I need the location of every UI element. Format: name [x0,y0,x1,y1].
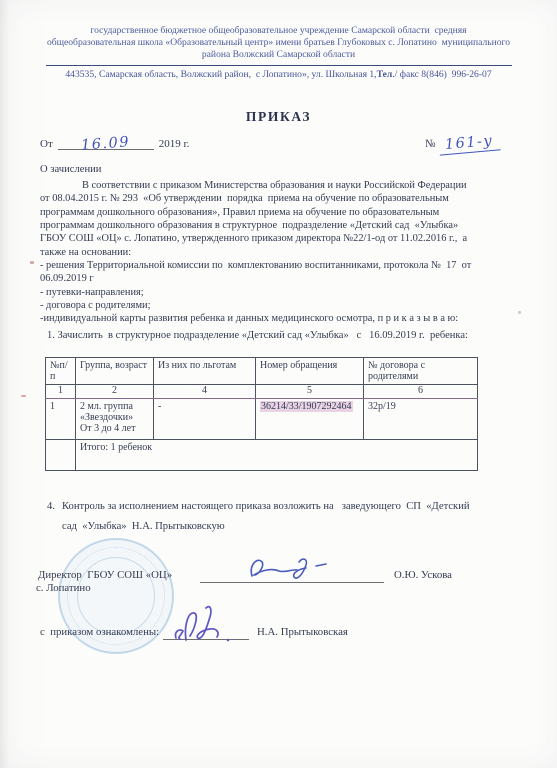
table-row: 1 2 мл. группа «Звездочки» От 3 до 4 лет… [46,399,478,440]
director-title-label: Директор ГБОУ СОШ «ОЦ» [38,569,172,581]
table-header-cell: Номер обращения [256,358,364,385]
subject-line: О зачислении [40,164,101,175]
enrollment-table: №п/п Группа, возраст Из них по льготам Н… [45,357,478,471]
order-number-value-handwritten: 161-у [438,132,500,155]
order-number-field: №161-у [425,135,499,153]
doc-title: ПРИКАЗ [0,109,557,125]
letterhead-line: района Волжский Самарской области [28,49,529,61]
letterhead: государственное бюджетное общеобразовате… [28,25,529,61]
basis-list: - решения Территориальной комиссии по ко… [40,259,530,326]
letterhead-divider-rule [46,65,512,66]
intro-line: от 08.04.2015 г. № 293 «Об утверждении п… [40,192,530,205]
date-underline: 16.09 [58,135,154,150]
date-year: 2019 г. [159,138,190,150]
acknowledgment-label: с приказом ознакомлены: [40,626,159,638]
column-number-cell: 4 [154,385,256,399]
scan-speck [518,311,521,314]
table-header-row: №п/п Группа, возраст Из них по льготам Н… [46,358,478,385]
acknowledgment-signature-ink [168,602,246,646]
date-label: От [40,138,53,150]
column-number-row: 1 2 4 5 6 [46,385,478,399]
intro-line: программам дошкольного образования в стр… [40,219,530,232]
contract-number-cell: 32р/19 [364,399,478,440]
item-4-number: 4. [47,497,55,517]
order-meta-row: От16.092019 г. №161-у [40,135,517,161]
order-document-page: государственное бюджетное общеобразовате… [0,0,557,768]
basis-line: - договора с родителями; [40,299,530,312]
column-number-cell: 2 [76,385,154,399]
table-header-cell: Группа, возраст [76,358,154,385]
item-4-line: сад «Улыбка» Н.А. Прытыковскую [62,517,527,537]
basis-line: 06.09.2019 г [40,272,530,285]
intro-line: также на основании: [40,246,530,259]
director-location: с. Лопатино [36,582,91,594]
scan-speck [30,261,34,264]
intro-line: В соответствии с приказом Министерства о… [40,179,530,192]
basis-line: - путевки-направления; [40,286,530,299]
order-number-label: № [425,138,436,150]
total-cell: Итого: 1 ребенок [76,440,478,471]
group-age-cell: 2 мл. группа «Звездочки» От 3 до 4 лет [76,399,154,440]
item-4-line: Контроль за исполнением настоящего прика… [62,497,527,517]
director-signature-ink [242,553,362,585]
acknowledgment-name: Н.А. Прытыковская [257,626,348,638]
order-item-1: 1. Зачислить в структурное подразделение… [47,330,468,341]
empty-cell [46,440,76,471]
basis-line: - решения Территориальной комиссии по ко… [40,259,530,272]
intro-paragraph: В соответствии с приказом Министерства о… [40,179,530,259]
date-value-handwritten: 16.09 [81,134,131,153]
table-header-cell: №п/п [46,358,76,385]
column-number-cell: 5 [256,385,364,399]
letterhead-line: государственное бюджетное общеобразовате… [28,25,529,37]
row-number-cell: 1 [46,399,76,440]
date-field: От16.092019 г. [40,135,190,150]
intro-line: ГБОУ СОШ «ОЦ» с. Лопатино, утвержденного… [40,232,530,245]
application-number-cell: 36214/33/1907292464 [256,399,364,440]
benefits-cell: - [154,399,256,440]
highlighted-application-number: 36214/33/1907292464 [260,401,353,412]
basis-line: -индивидуальной карты развития ребенка и… [40,312,530,325]
column-number-cell: 6 [364,385,478,399]
table-header-cell: Из них по льготам [154,358,256,385]
order-item-4: 4. Контроль за исполнением настоящего пр… [47,497,527,536]
letterhead-line: общеобразовательная школа «Образовательн… [28,37,529,49]
table-total-row: Итого: 1 ребенок [46,440,478,471]
intro-line: программам дошкольного образования», Пра… [40,206,530,219]
table-header-cell: № договора с родителями [364,358,478,385]
column-number-cell: 1 [46,385,76,399]
director-name: О.Ю. Ускова [394,569,452,581]
scan-speck [21,395,26,397]
address-line: 443535, Самарская область, Волжский райо… [20,69,537,80]
